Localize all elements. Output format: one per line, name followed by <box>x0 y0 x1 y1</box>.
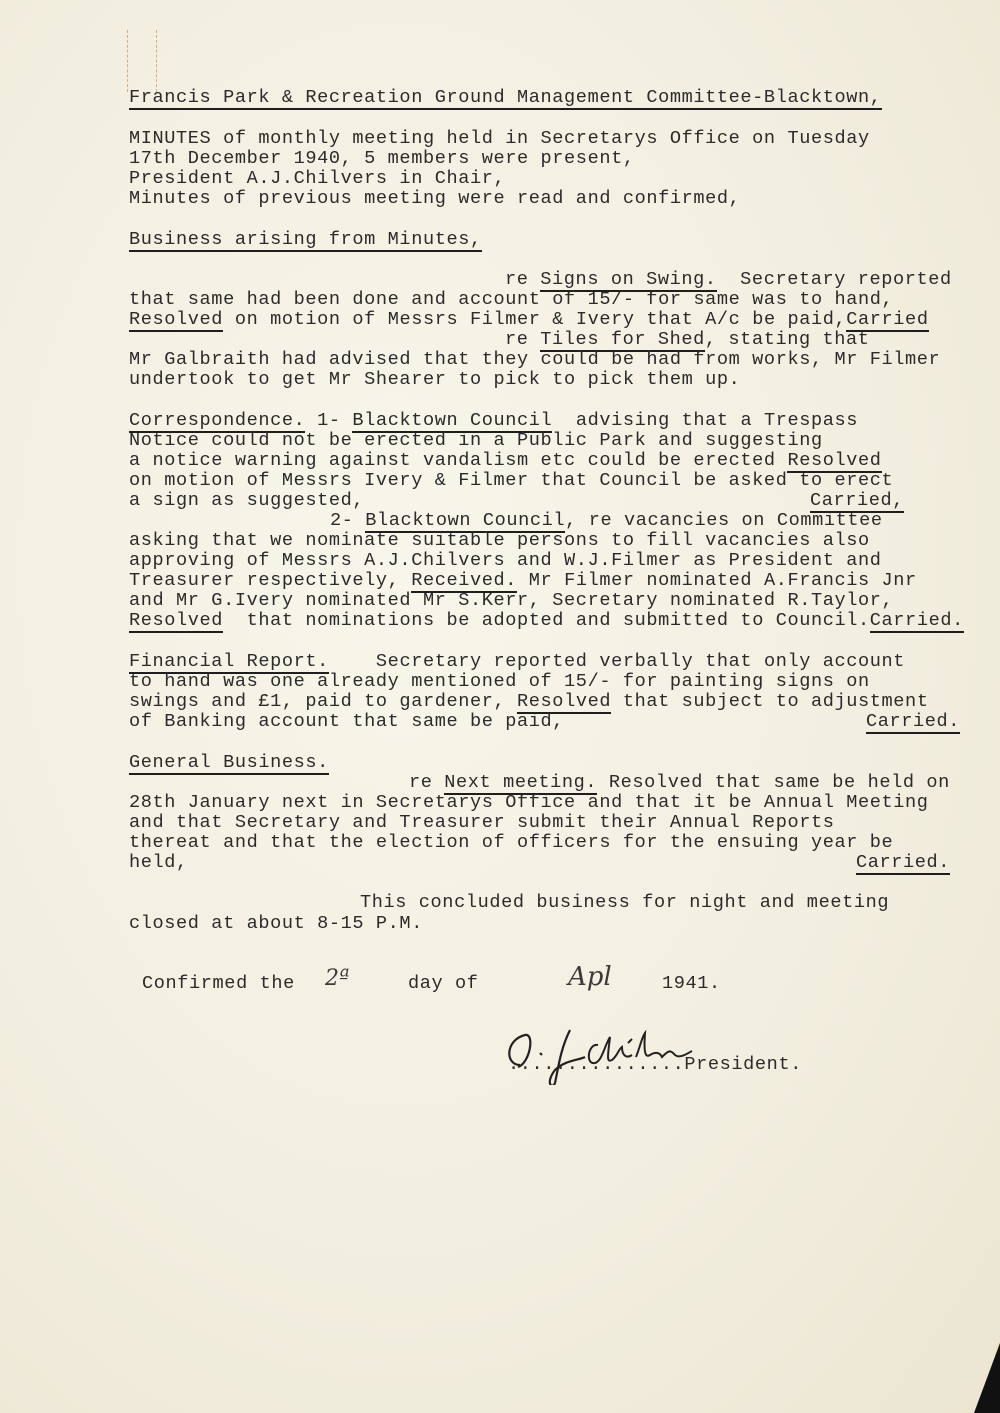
confirmation-year: 1941. <box>662 974 721 994</box>
margin-mark <box>156 30 158 92</box>
scan-background-corner <box>974 1343 1000 1413</box>
closing-line: closed at about 8-15 P.M. <box>129 914 423 934</box>
correspondence-line: asking that we nominate suitable persons… <box>129 531 870 551</box>
minute-line: Mr Galbraith had advised that they could… <box>129 350 940 370</box>
financial-line: of Banking account that same be paid, <box>129 712 564 732</box>
signature-line: ...............President. <box>508 1055 802 1075</box>
minute-line: that same had been done and account of 1… <box>129 290 893 310</box>
general-line: and that Secretary and Treasurer submit … <box>129 813 834 833</box>
document-title: Francis Park & Recreation Ground Managem… <box>129 88 882 108</box>
carried-mark: Carried. <box>856 853 950 873</box>
minute-line: undertook to get Mr Shearer to pick to p… <box>129 370 740 390</box>
correspondence-line: Correspondence. 1- Blacktown Council adv… <box>129 411 858 431</box>
carried-mark: Carried. <box>866 712 960 732</box>
general-line: held, <box>129 853 188 873</box>
paper-sheet: Francis Park & Recreation Ground Managem… <box>0 0 1000 1413</box>
correspondence-line: on motion of Messrs Ivery & Filmer that … <box>129 471 893 491</box>
confirmation-middle: day of <box>408 974 479 994</box>
general-line: 28th January next in Secretarys Office a… <box>129 793 929 813</box>
handwritten-month: Apl <box>568 962 612 992</box>
general-line: re Next meeting. Resolved that same be h… <box>409 773 950 793</box>
intro-line: 17th December 1940, 5 members were prese… <box>129 149 635 169</box>
margin-mark <box>127 30 129 92</box>
intro-line: MINUTES of monthly meeting held in Secre… <box>129 129 870 149</box>
minute-line: re Signs on Swing. Secretary reported <box>505 270 952 290</box>
intro-line: Minutes of previous meeting were read an… <box>129 189 740 209</box>
correspondence-line: Resolved that nominations be adopted and… <box>129 611 964 631</box>
correspondence-line: Treasurer respectively, Received. Mr Fil… <box>129 571 917 591</box>
minute-line: re Tiles for Shed, stating that <box>505 330 870 350</box>
handwritten-day: 2ª <box>325 966 349 991</box>
general-line: thereat and that the election of officer… <box>129 833 893 853</box>
closing-line: This concluded business for night and me… <box>360 893 889 913</box>
confirmation-prefix: Confirmed the <box>142 974 295 994</box>
correspondence-line: Notice could not be erected in a Public … <box>129 431 823 451</box>
minute-line: Resolved on motion of Messrs Filmer & Iv… <box>129 310 929 330</box>
financial-line: to hand was one already mentioned of 15/… <box>129 672 870 692</box>
financial-line: Financial Report. Secretary reported ver… <box>129 652 905 672</box>
correspondence-line: and Mr G.Ivery nominated Mr S.Kerr, Secr… <box>129 591 893 611</box>
correspondence-line: approving of Messrs A.J.Chilvers and W.J… <box>129 551 882 571</box>
correspondence-line: a notice warning against vandalism etc c… <box>129 451 882 471</box>
correspondence-line: 2- Blacktown Council, re vacancies on Co… <box>330 511 883 531</box>
section-heading-business-arising: Business arising from Minutes, <box>129 230 482 250</box>
correspondence-line: a sign as suggested, <box>129 491 364 511</box>
financial-line: swings and £1, paid to gardener, Resolve… <box>129 692 929 712</box>
carried-mark: Carried, <box>810 491 904 511</box>
intro-line: President A.J.Chilvers in Chair, <box>129 169 505 189</box>
section-heading-general: General Business. <box>129 753 329 773</box>
